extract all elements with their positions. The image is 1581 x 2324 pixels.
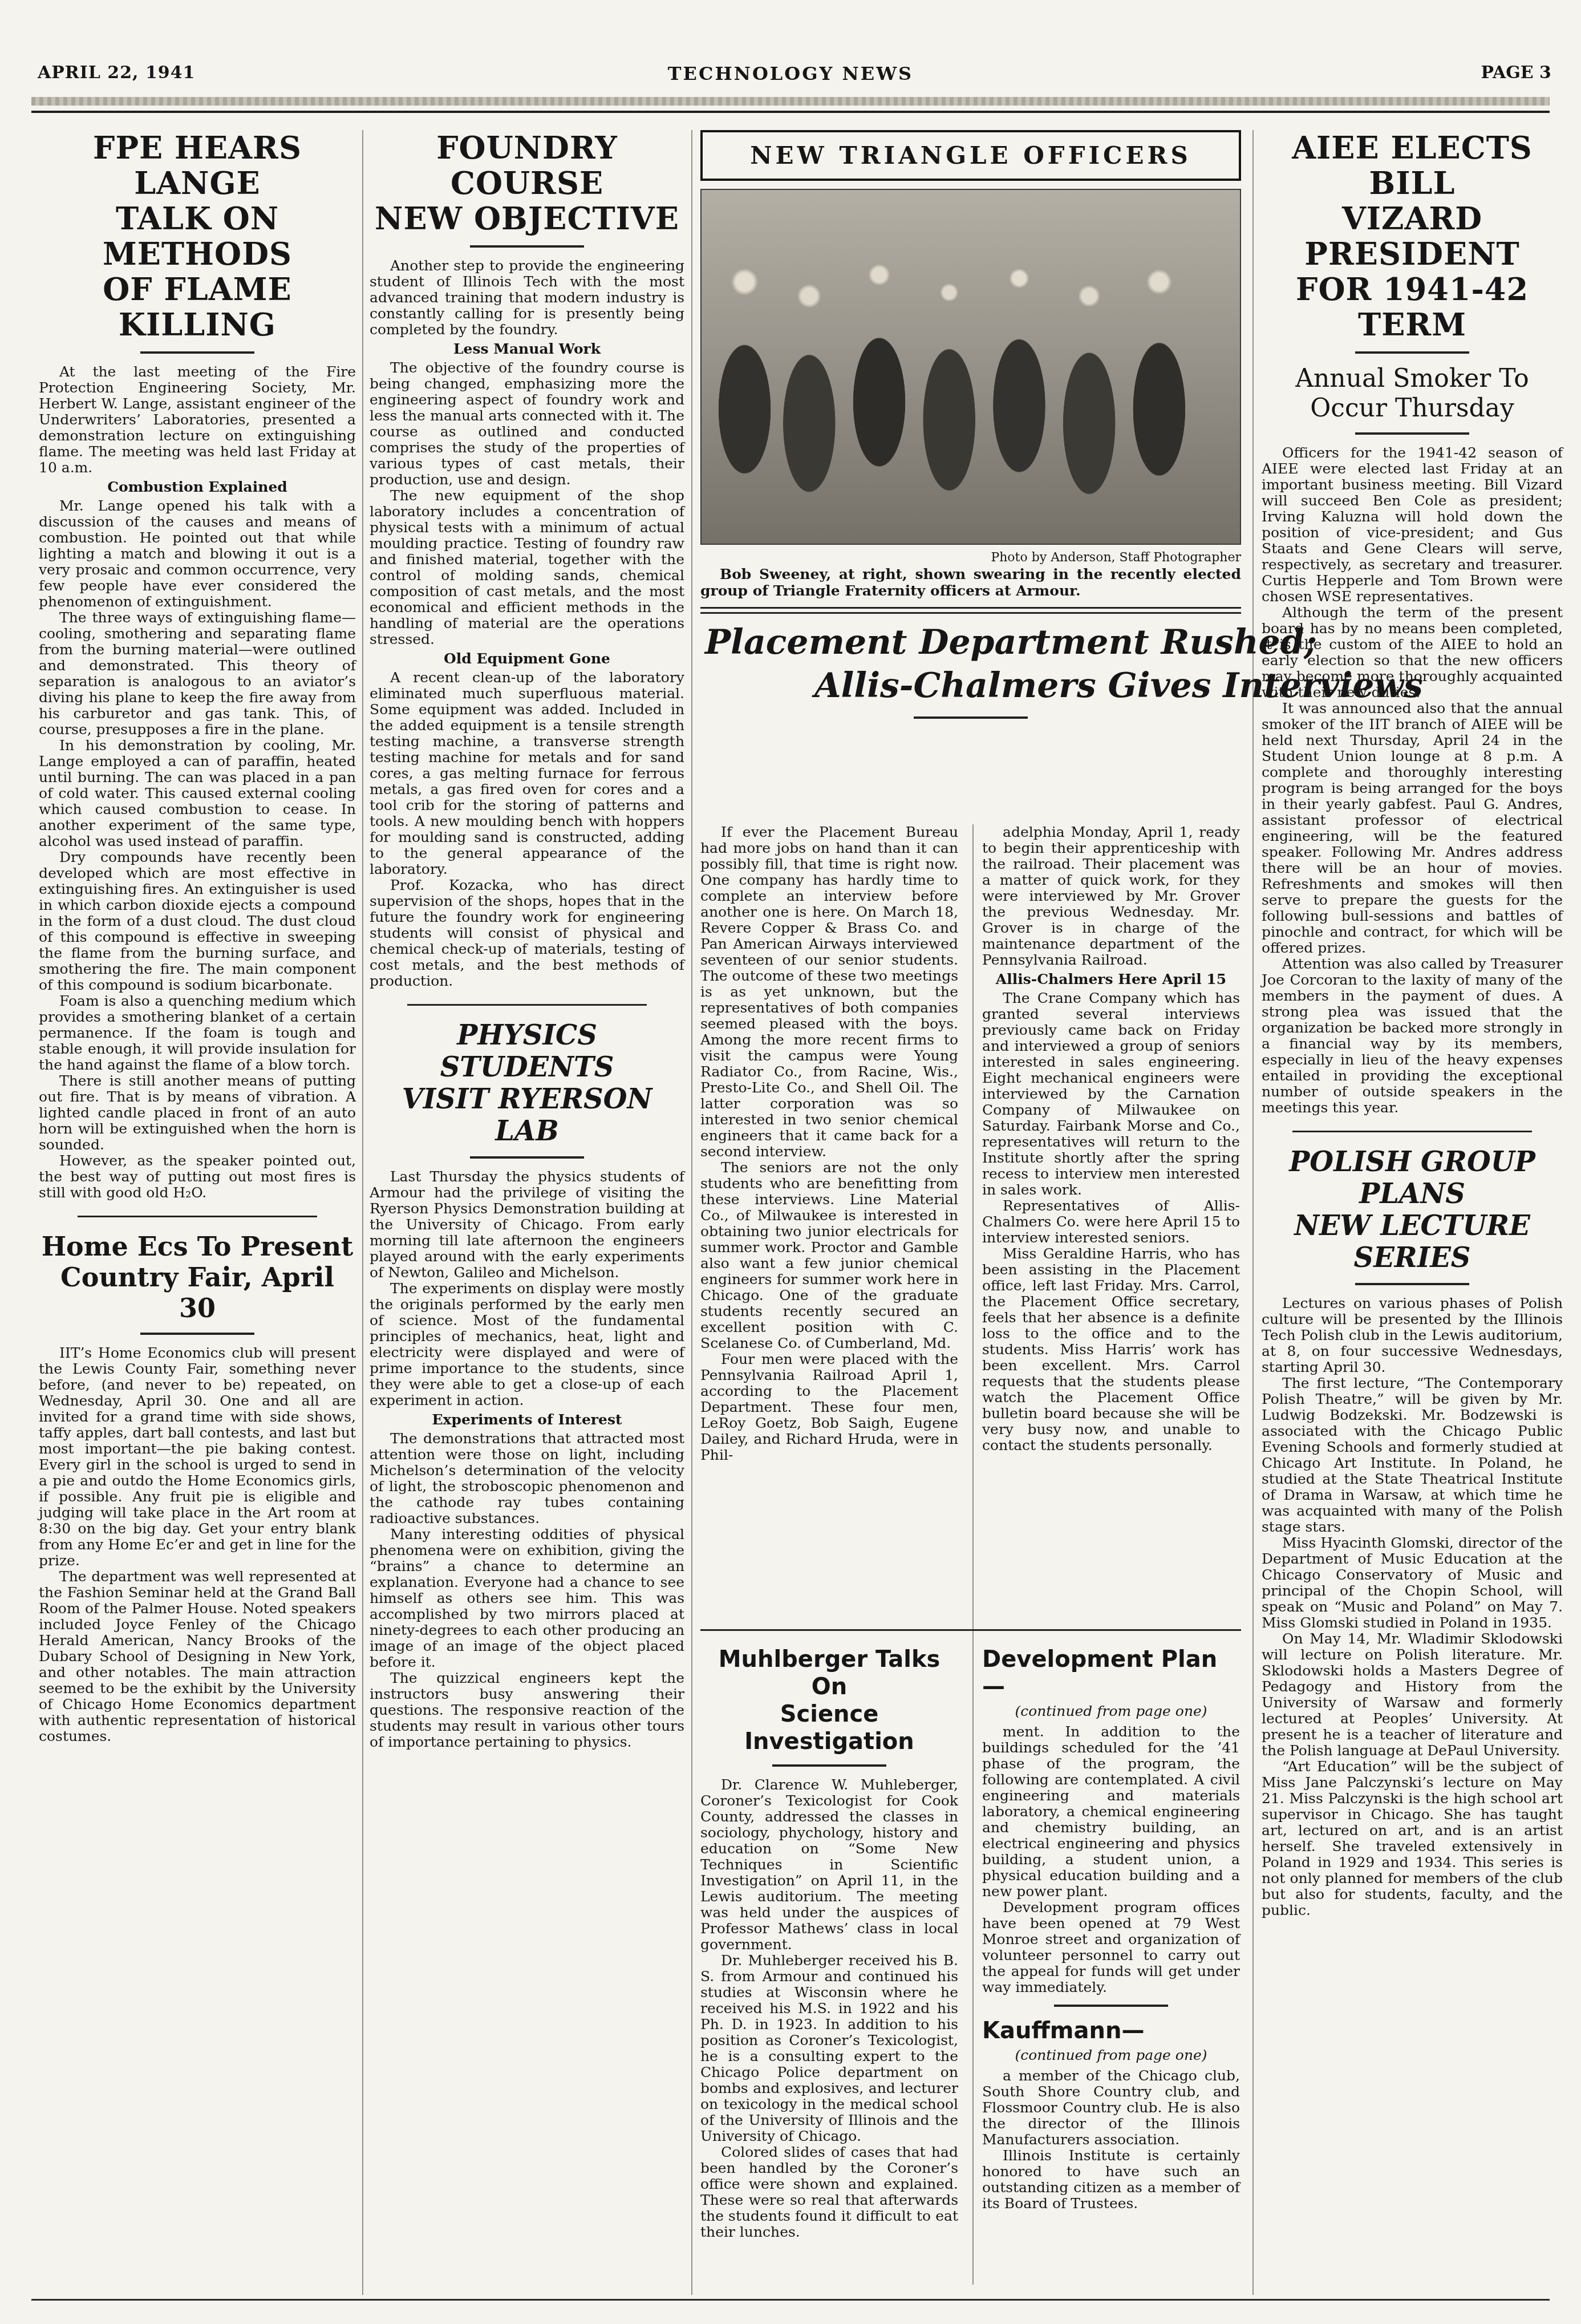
aiee-article-body: Officers for the 1941-42 season of AIEE … [1262,445,1563,1116]
foundry-headline: FOUNDRY COURSE NEW OBJECTIVE [370,130,684,236]
subhead: Less Manual Work [370,341,684,357]
paragraph: On May 14, Mr. Wladimir Sklodowski will … [1262,1631,1563,1759]
paragraph: The three ways of extinguishing flame—co… [39,610,356,738]
rule [470,1156,584,1159]
paragraph: Mr. Lange opened his talk with a discuss… [39,498,356,610]
rule [1355,351,1469,354]
muhlberger-article-body: Dr. Clarence W. Muhleberger, Coroner’s T… [700,1777,958,2240]
paragraph: The demonstrations that attracted most a… [370,1431,684,1527]
masthead-rule [31,111,1550,113]
subhead: Combustion Explained [39,479,356,495]
masthead-rule-band [31,97,1550,106]
column-rule [362,130,363,2295]
column-5: AIEE ELECTS BILL VIZARD PRESIDENT FOR 19… [1262,130,1563,1918]
paragraph: A recent clean-up of the laboratory elim… [370,670,684,877]
fpe-article-body: At the last meeting of the Fire Protecti… [39,364,356,1201]
rule [140,351,254,354]
paragraph: Illinois Institute is certainly honored … [982,2148,1240,2212]
paragraph: Prof. Kozacka, who has direct supervisio… [370,877,684,989]
polish-headline: POLISH GROUP PLANS NEW LECTURE SERIES [1262,1146,1563,1274]
kauffmann-article-body: a member of the Chicago club, South Shor… [982,2068,1240,2212]
masthead-page-number: PAGE 3 [1481,63,1551,83]
photo-box-title: NEW TRIANGLE OFFICERS [700,130,1241,181]
paragraph: Development program offices have been op… [982,1900,1240,1995]
paragraph: Although the term of the present board h… [1262,605,1563,701]
page-bottom-rule [31,2299,1550,2301]
home-ecs-headline: Home Ecs To Present Country Fair, April … [39,1231,356,1323]
paragraph: The department was well represented at t… [39,1569,356,1744]
paragraph: Colored slides of cases that had been ha… [700,2144,958,2240]
rule [914,716,1028,719]
physics-article-body: Last Thursday the physics students of Ar… [370,1169,684,1750]
placement-body-left: If ever the Placement Bureau had more jo… [700,824,958,1463]
paragraph: The new equipment of the shop laboratory… [370,488,684,647]
paragraph: In his demonstration by cooling, Mr. Lan… [39,738,356,849]
development-column: Development Plan— (continued from page o… [982,1646,1240,2212]
paragraph: Foam is also a quenching medium which pr… [39,993,356,1073]
subhead: Experiments of Interest [370,1411,684,1428]
masthead-title: TECHNOLOGY NEWS [0,63,1581,84]
paragraph: Dr. Muhleberger received his B. S. from … [700,1953,958,2144]
muhlberger-column: Muhlberger Talks On Science Investigatio… [700,1646,958,2240]
subhead: Allis-Chalmers Here April 15 [982,971,1240,987]
rule [1355,432,1469,435]
development-headline: Development Plan— [982,1646,1240,1701]
placement-headline-line1: Placement Department Rushed; [700,621,1241,664]
physics-headline: PHYSICS STUDENTS VISIT RYERSON LAB [370,1019,684,1147]
subhead: Old Equipment Gone [370,650,684,667]
column-2: FOUNDRY COURSE NEW OBJECTIVE Another ste… [370,130,684,1750]
column-rule [1252,130,1254,2295]
home-ecs-article-body: IIT’s Home Economics club will present t… [39,1345,356,1744]
paragraph: Attention was also called by Treasurer J… [1262,956,1563,1116]
paragraph: IIT’s Home Economics club will present t… [39,1345,356,1569]
double-rule [700,607,1241,614]
column-1: FPE HEARS LANGE TALK ON METHODS OF FLAME… [39,130,356,1744]
paragraph: The first lecture, “The Contemporary Pol… [1262,1375,1563,1535]
paragraph: At the last meeting of the Fire Protecti… [39,364,356,476]
paragraph: The objective of the foundry course is b… [370,360,684,488]
rule [1054,2005,1168,2007]
paragraph: Many interesting oddities of physical ph… [370,1527,684,1670]
paragraph: adelphia Monday, April 1, ready to begin… [982,824,1240,968]
fpe-headline: FPE HEARS LANGE TALK ON METHODS OF FLAME… [39,130,356,342]
paragraph: Representatives of Allis-Chalmers Co. we… [982,1198,1240,1246]
muhlberger-headline: Muhlberger Talks On Science Investigatio… [700,1646,958,1755]
placement-column-left: If ever the Placement Bureau had more jo… [700,824,958,1463]
paragraph: a member of the Chicago club, South Shor… [982,2068,1240,2148]
paragraph: The seniors are not the only students wh… [700,1160,958,1351]
aiee-subhead: Annual Smoker To Occur Thursday [1262,364,1563,423]
paragraph: It was announced also that the annual sm… [1262,701,1563,956]
paragraph: The experiments on display were mostly t… [370,1281,684,1408]
photo-caption: Bob Sweeney, at right, shown swearing in… [700,566,1241,599]
middle-feature: NEW TRIANGLE OFFICERS Photo by Anderson,… [700,130,1241,729]
section-rule [700,1629,1241,1631]
placement-body-right: adelphia Monday, April 1, ready to begin… [982,824,1240,1453]
paragraph: Miss Geraldine Harris, who has been assi… [982,1246,1240,1453]
paragraph: The Crane Company which has granted seve… [982,990,1240,1198]
paragraph: There is still another means of putting … [39,1073,356,1153]
paragraph: ment. In addition to the buildings sched… [982,1724,1240,1900]
column-rule [972,824,974,2285]
divider [1292,1131,1532,1132]
column-rule [691,130,692,2295]
divider [407,1004,647,1006]
paragraph: The quizzical engineers kept the instruc… [370,1670,684,1750]
paragraph: Last Thursday the physics students of Ar… [370,1169,684,1281]
paragraph: Dr. Clarence W. Muhleberger, Coroner’s T… [700,1777,958,1953]
paragraph: Another step to provide the engineering … [370,258,684,338]
paragraph: Dry compounds have recently been develop… [39,849,356,993]
aiee-headline: AIEE ELECTS BILL VIZARD PRESIDENT FOR 19… [1262,130,1563,342]
development-continued-note: (continued from page one) [982,1703,1240,1719]
foundry-article-body: Another step to provide the engineering … [370,258,684,989]
triangle-officers-photo [700,189,1241,545]
rule [140,1333,254,1335]
development-article-body: ment. In addition to the buildings sched… [982,1724,1240,1995]
paragraph: Miss Hyacinth Glomski, director of the D… [1262,1535,1563,1631]
newspaper-page: { "masthead": { "date": "APRIL 22, 1941"… [0,0,1581,2324]
placement-headline-line2: Allis-Chalmers Gives Interviews [700,664,1241,707]
paragraph: “Art Education” will be the subject of M… [1262,1759,1563,1918]
kauffmann-continued-note: (continued from page one) [982,2047,1240,2063]
paragraph: Officers for the 1941-42 season of AIEE … [1262,445,1563,605]
paragraph: However, as the speaker pointed out, the… [39,1153,356,1201]
paragraph: Four men were placed with the Pennsylvan… [700,1351,958,1463]
photo-credit: Photo by Anderson, Staff Photographer [700,550,1241,565]
rule [1355,1283,1469,1285]
paragraph: Lectures on various phases of Polish cul… [1262,1295,1563,1375]
paragraph: If ever the Placement Bureau had more jo… [700,824,958,1160]
polish-article-body: Lectures on various phases of Polish cul… [1262,1295,1563,1918]
rule [470,245,584,248]
kauffmann-headline: Kauffmann— [982,2017,1240,2044]
placement-column-right: adelphia Monday, April 1, ready to begin… [982,824,1240,1453]
divider [78,1216,317,1217]
rule [772,1764,886,1767]
